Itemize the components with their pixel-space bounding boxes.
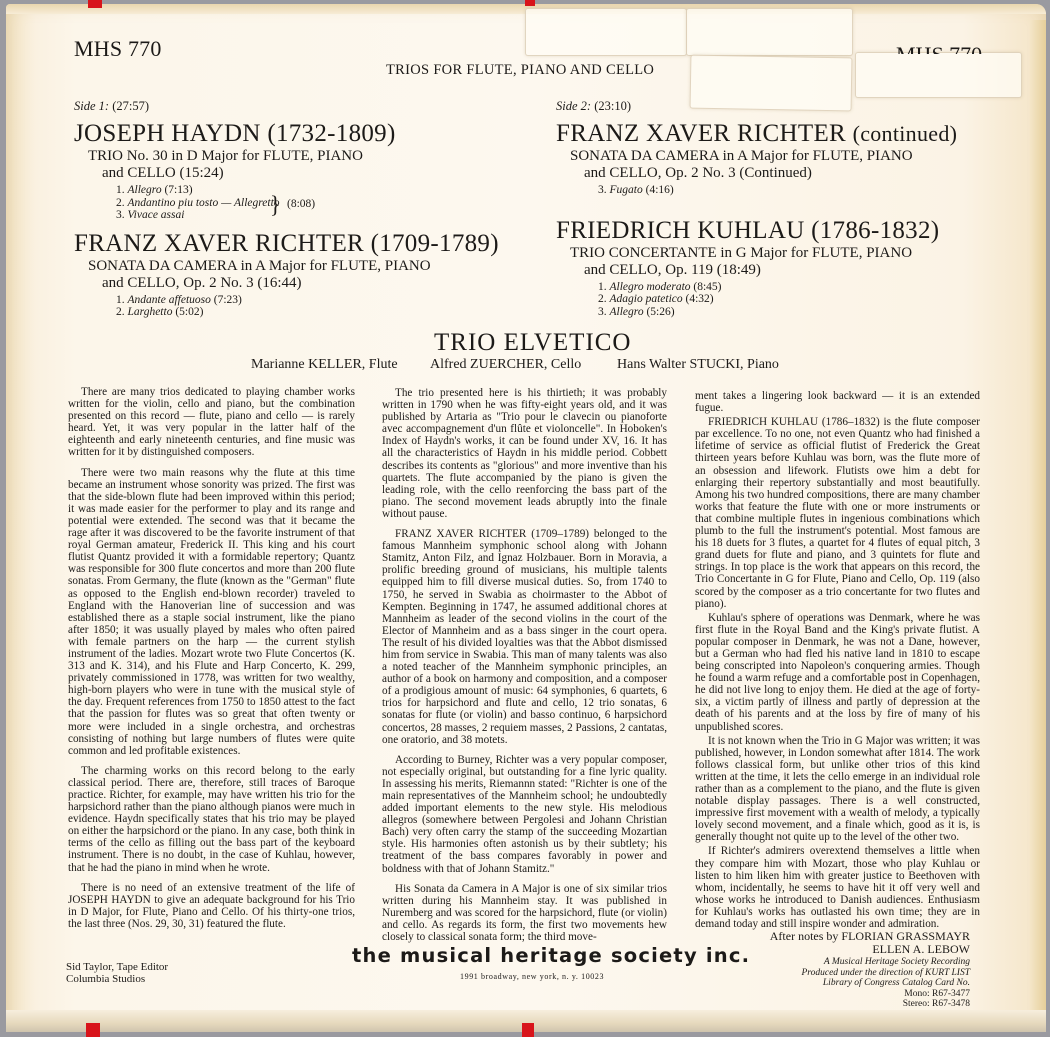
liner-notes-column-3: ment takes a lingering look backward — i… [695, 390, 980, 932]
paragraph: There is no need of an extensive treatme… [68, 882, 355, 930]
movement-list: 1. Allegro moderato (8:45) 2. Adagio pat… [598, 281, 957, 319]
member-flute: Marianne KELLER, Flute [251, 357, 398, 373]
work-title: TRIO CONCERTANTE in G Major for FLUTE, P… [570, 245, 957, 279]
movement: 2. Larghetto (5:02) [116, 306, 499, 319]
side-2-label: Side 2: (23:10) [556, 99, 957, 114]
grouped-time: (8:08) [287, 198, 315, 210]
paragraph: FRIEDRICH KUHLAU (1786–1832) is the flut… [695, 416, 980, 610]
catalog-number-right: MHS 770 [896, 40, 982, 54]
sleeve-spine-edge [1030, 20, 1046, 1010]
brace-symbol: } [270, 193, 281, 217]
tape-strip [855, 52, 1022, 98]
publisher-logo: the musical heritage society inc. [352, 944, 750, 967]
composer-heading: JOSEPH HAYDN (1732-1809) [74, 120, 499, 148]
composer-heading: FRANZ XAVER RICHTER (continued) [556, 120, 957, 148]
movement: 1. Andante affetuoso (7:23) [116, 294, 499, 307]
paragraph: ment takes a lingering look backward — i… [695, 390, 980, 414]
catalog-number: MHS 770 [74, 36, 162, 62]
work-title: TRIO No. 30 in D Major for FLUTE, PIANO … [88, 148, 499, 182]
tape-strip [686, 8, 853, 56]
paragraph: According to Burney, Richter was a very … [382, 754, 667, 875]
liner-notes-column-1: There are many trios dedicated to playin… [68, 386, 355, 938]
red-tab [522, 1023, 534, 1037]
paragraph: The charming works on this record belong… [68, 765, 355, 874]
movement: 1. Allegro moderato (8:45) [598, 281, 957, 294]
liner-notes-column-2: The trio presented here is his thirtieth… [382, 387, 667, 951]
red-tab [88, 0, 102, 8]
composer-heading: FRANZ XAVER RICHTER (1709-1789) [74, 230, 499, 258]
movement: 3. Fugato (4:16) [598, 184, 957, 197]
paragraph: There are many trios dedicated to playin… [68, 386, 355, 459]
movement-list: 3. Fugato (4:16) [598, 184, 957, 197]
album-title: TRIOS FOR FLUTE, PIANO AND CELLO [386, 62, 654, 79]
work-title: SONATA DA CAMERA in A Major for FLUTE, P… [570, 148, 957, 182]
publisher-address: 1991 broadway, new york, n. y. 10023 [460, 972, 604, 981]
paragraph: The trio presented here is his thirtieth… [382, 387, 667, 520]
tape-strip [525, 8, 687, 56]
paragraph: His Sonata da Camera in A Major is one o… [382, 883, 667, 943]
ensemble-name: TRIO ELVETICO [434, 329, 631, 357]
side-2: Side 2: (23:10) FRANZ XAVER RICHTER (con… [556, 99, 957, 318]
movement: 2. Adagio patetico (4:32) [598, 293, 957, 306]
red-tab [86, 1023, 100, 1037]
composer-heading: FRIEDRICH KUHLAU (1786-1832) [556, 217, 957, 245]
red-tab [525, 0, 535, 6]
paragraph: Kuhlau's sphere of operations was Denmar… [695, 612, 980, 733]
paragraph: There were two main reasons why the flut… [68, 467, 355, 757]
work-title: SONATA DA CAMERA in A Major for FLUTE, P… [88, 258, 499, 292]
movement: 1. Allegro (7:13) [116, 184, 499, 197]
member-cello: Alfred ZUERCHER, Cello [430, 357, 581, 373]
movement: 3. Vivace assai [116, 209, 499, 222]
member-piano: Hans Walter STUCKI, Piano [617, 357, 779, 373]
movement-list: 1. Andante affetuoso (7:23) 2. Larghetto… [116, 294, 499, 319]
paragraph: It is not known when the Trio in G Major… [695, 735, 980, 844]
paragraph: FRANZ XAVER RICHTER (1709–1789) belonged… [382, 528, 667, 746]
side-1-label: Side 1: (27:57) [74, 99, 499, 114]
paragraph: If Richter's admirers overextend themsel… [695, 845, 980, 930]
tape-editor-credit: Sid Taylor, Tape Editor Columbia Studios [66, 961, 168, 985]
movement: 3. Allegro (5:26) [598, 306, 957, 319]
